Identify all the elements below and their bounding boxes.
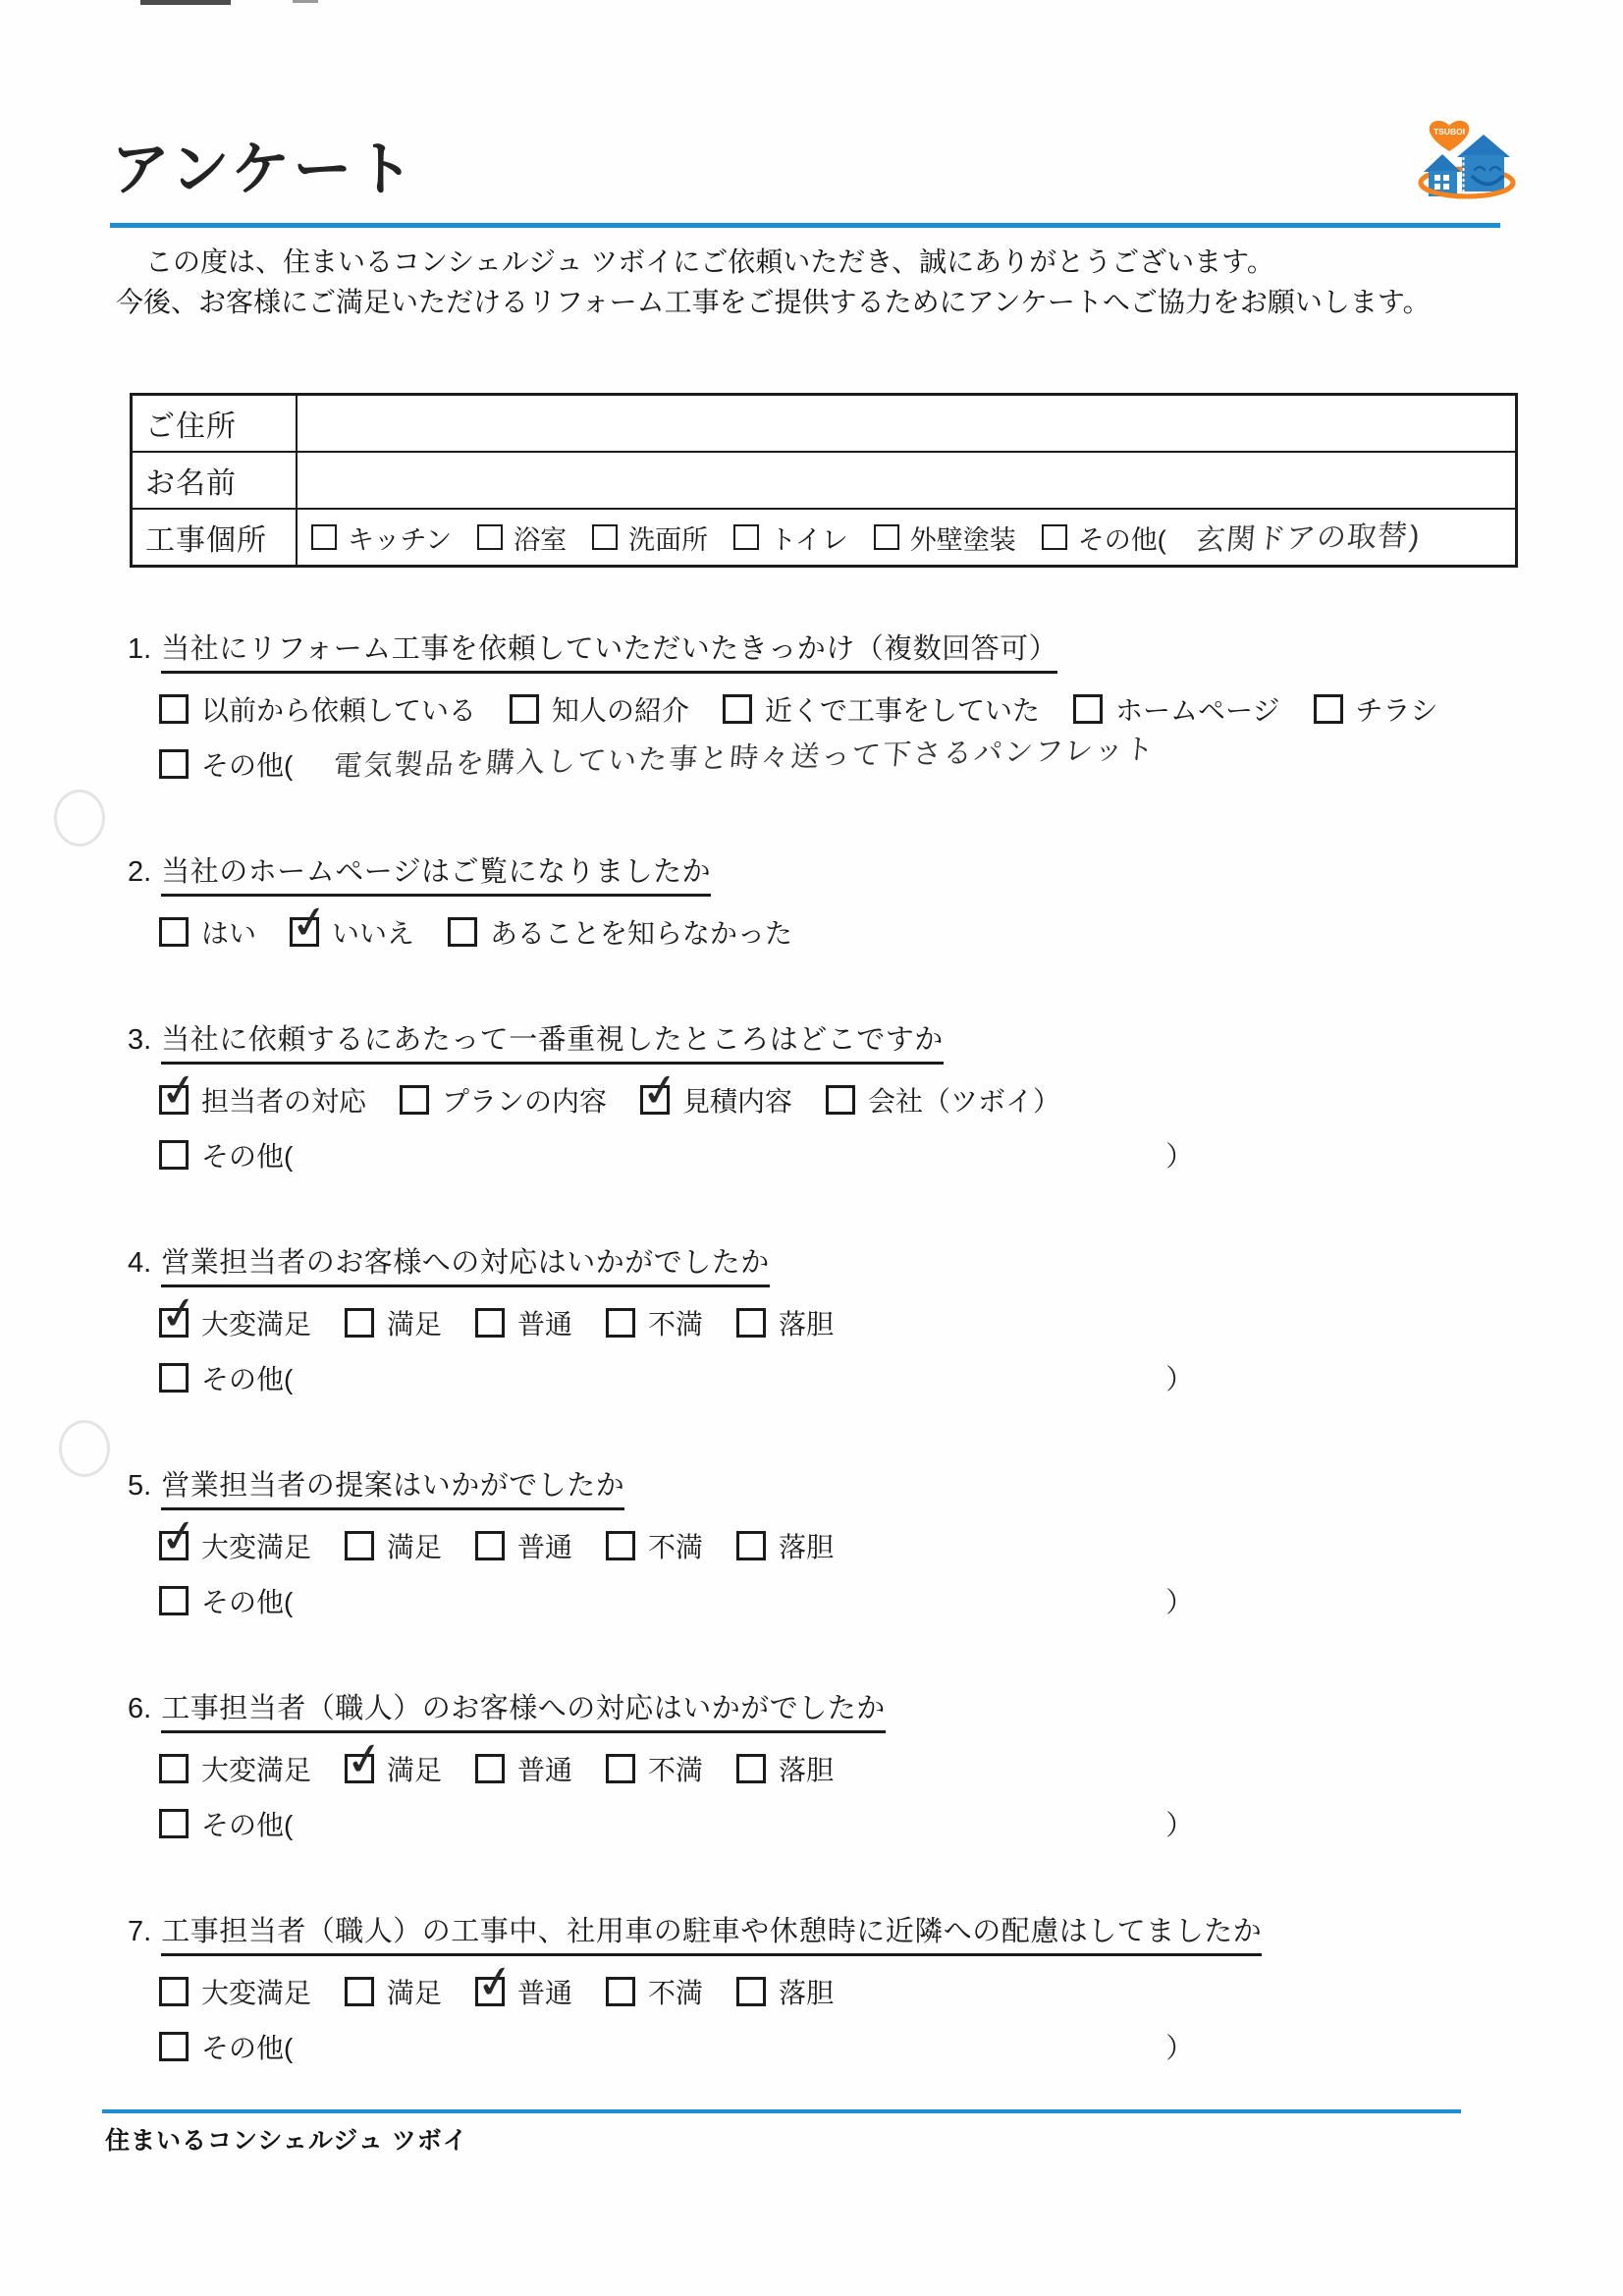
close-paren: ）: [1165, 1804, 1193, 1843]
options-row: ✓担当者の対応プランの内容✓見積内容会社（ツボイ）: [128, 1080, 1571, 1120]
other-option-checkbox[interactable]: [159, 2032, 189, 2061]
work-option: その他(: [1042, 519, 1166, 557]
work-option-checkbox[interactable]: [311, 524, 337, 550]
question-text: 当社のホームページはご覧になりましたか: [161, 852, 711, 897]
option-checkbox[interactable]: ✓: [159, 1308, 189, 1338]
question-number: 1.: [128, 629, 151, 669]
option-label: 不満: [648, 1972, 703, 2011]
scan-artifact: [140, 0, 231, 5]
option-checkbox[interactable]: [345, 1977, 374, 2006]
option-label: 知人の紹介: [552, 689, 689, 729]
work-option: 外壁塗装: [874, 519, 1016, 557]
option-checkbox[interactable]: [475, 1754, 505, 1783]
close-paren: ）: [1165, 1358, 1193, 1397]
work-option: 洗面所: [592, 519, 708, 557]
check-mark: ✓: [157, 1288, 201, 1339]
option: 普通: [475, 1526, 572, 1565]
option: 落胆: [736, 1303, 834, 1342]
question-4: 4.営業担当者のお客様への対応はいかがでしたか✓大変満足満足普通不満落胆その他(…: [128, 1243, 1571, 1397]
option-label: 大変満足: [201, 1749, 311, 1788]
work-option-checkbox[interactable]: [592, 524, 618, 550]
other-row: その他(）: [128, 1358, 1571, 1397]
option-label: 落胆: [779, 1749, 834, 1788]
option: 満足: [345, 1526, 442, 1565]
work-option-label: その他(: [1078, 519, 1166, 557]
question-text: 営業担当者のお客様への対応はいかがでしたか: [161, 1243, 770, 1287]
other-option-label: その他(: [201, 1804, 293, 1843]
option-checkbox[interactable]: [159, 1754, 189, 1783]
option: 落胆: [736, 1749, 834, 1788]
option-checkbox[interactable]: [345, 1308, 374, 1338]
option-label: プランの内容: [442, 1080, 607, 1120]
question-number: 4.: [128, 1243, 151, 1283]
option: 不満: [606, 1303, 703, 1342]
option: 会社（ツボイ）: [826, 1080, 1060, 1120]
option-checkbox[interactable]: [736, 1308, 766, 1338]
option-checkbox[interactable]: [723, 694, 752, 724]
option: プランの内容: [400, 1080, 607, 1120]
option-checkbox[interactable]: [606, 1531, 635, 1560]
close-paren: ）: [1165, 2027, 1193, 2066]
logo-text: TSUBOI: [1434, 127, 1465, 137]
other-option: その他(: [159, 1135, 293, 1175]
other-option: その他(: [159, 744, 293, 784]
option-label: チラシ: [1356, 689, 1438, 729]
other-row: その他(電気製品を購入していた事と時々送って下さるパンフレット: [128, 744, 1571, 784]
other-option: その他(: [159, 1581, 293, 1620]
options-row: ✓大変満足満足普通不満落胆: [128, 1303, 1571, 1342]
option: 普通: [475, 1303, 572, 1342]
option: 落胆: [736, 1526, 834, 1565]
option-checkbox[interactable]: [826, 1085, 855, 1115]
work-option: 浴室: [477, 519, 567, 557]
work-option: キッチン: [311, 519, 452, 557]
option: 大変満足: [159, 1749, 311, 1788]
option: チラシ: [1314, 689, 1438, 729]
option: ✓大変満足: [159, 1303, 311, 1342]
other-option: その他(: [159, 1804, 293, 1843]
other-option-checkbox[interactable]: [159, 1363, 189, 1393]
question-text: 工事担当者（職人）の工事中、社用車の駐車や休憩時に近隣への配慮はしてましたか: [161, 1912, 1262, 1956]
option: 満足: [345, 1972, 442, 2011]
option: はい: [159, 912, 256, 952]
work-option-checkbox[interactable]: [477, 524, 503, 550]
work-option-checkbox[interactable]: [1042, 524, 1067, 550]
option-checkbox[interactable]: [510, 694, 539, 724]
option: 落胆: [736, 1972, 834, 2011]
intro-line-2: 今後、お客様にご満足いただけるリフォーム工事をご提供するためにアンケートへご協力…: [116, 282, 1569, 322]
other-option: その他(: [159, 2027, 293, 2066]
option: 普通: [475, 1749, 572, 1788]
check-mark: ✓: [638, 1066, 682, 1116]
option-checkbox[interactable]: [606, 1754, 635, 1783]
other-option-checkbox[interactable]: [159, 1140, 189, 1170]
option-label: 以前から依頼している: [201, 689, 476, 729]
name-label: お名前: [133, 453, 298, 508]
question-2: 2.当社のホームページはご覧になりましたかはい✓いいえあることを知らなかった: [128, 852, 1571, 952]
intro-line-1: この度は、住まいるコンシェルジュ ツボイにご依頼いただき、誠にありがとうございま…: [116, 242, 1569, 282]
name-row: お名前: [133, 451, 1515, 508]
question-5: 5.営業担当者の提案はいかがでしたか✓大変満足満足普通不満落胆その他(）: [128, 1466, 1571, 1620]
question-heading: 6.工事担当者（職人）のお客様への対応はいかがでしたか: [128, 1689, 1571, 1733]
handwritten-work-answer: 玄関ドアの取替: [1194, 511, 1410, 559]
work-option-label: キッチン: [348, 519, 452, 557]
customer-info-table: ご住所 お名前 工事個所 キッチン浴室洗面所トイレ外壁塗装その他( 玄関ドアの取…: [130, 393, 1518, 568]
other-option-label: その他(: [201, 1581, 293, 1620]
other-option-checkbox[interactable]: [159, 1809, 189, 1838]
tsuboi-home-logo-icon: TSUBOI: [1417, 116, 1517, 206]
question-heading: 5.営業担当者の提案はいかがでしたか: [128, 1466, 1571, 1510]
question-text: 営業担当者の提案はいかがでしたか: [161, 1466, 624, 1510]
work-option-label: 浴室: [514, 519, 567, 557]
question-heading: 4.営業担当者のお客様への対応はいかがでしたか: [128, 1243, 1571, 1287]
punch-hole-mark: [54, 790, 105, 847]
option-label: 普通: [517, 1972, 572, 2011]
work-option-checkbox[interactable]: [874, 524, 899, 550]
option-label: 不満: [648, 1526, 703, 1565]
address-row: ご住所: [133, 396, 1515, 451]
intro-paragraph: この度は、住まいるコンシェルジュ ツボイにご依頼いただき、誠にありがとうございま…: [116, 242, 1569, 322]
other-row: その他(）: [128, 1581, 1571, 1620]
handwritten-close-paren: ): [1408, 520, 1422, 554]
option: 不満: [606, 1972, 703, 2011]
question-heading: 3.当社に依頼するにあたって一番重視したところはどこですか: [128, 1020, 1571, 1065]
other-row: その他(）: [128, 1804, 1571, 1843]
other-row: その他(）: [128, 2027, 1571, 2066]
question-3: 3.当社に依頼するにあたって一番重視したところはどこですか✓担当者の対応プランの…: [128, 1020, 1571, 1175]
option-checkbox[interactable]: [606, 1308, 635, 1338]
question-text: 当社に依頼するにあたって一番重視したところはどこですか: [161, 1020, 944, 1065]
option-label: 普通: [517, 1526, 572, 1565]
option-checkbox[interactable]: [606, 1977, 635, 2006]
check-mark: ✓: [157, 1511, 201, 1561]
option-label: 見積内容: [682, 1080, 792, 1120]
option: 満足: [345, 1303, 442, 1342]
option: 不満: [606, 1526, 703, 1565]
option-label: 満足: [387, 1526, 442, 1565]
question-number: 5.: [128, 1466, 151, 1505]
work-option-label: 外壁塗装: [910, 519, 1016, 557]
question-1: 1.当社にリフォーム工事を依頼していただいたきっかけ（複数回答可）以前から依頼し…: [128, 629, 1571, 784]
option: ✓担当者の対応: [159, 1080, 366, 1120]
footer-company-name: 住まいるコンシェルジュ ツボイ: [105, 2121, 468, 2157]
option-checkbox[interactable]: [159, 1977, 189, 2006]
other-option-label: その他(: [201, 1135, 293, 1175]
option-checkbox[interactable]: [159, 917, 189, 947]
option-label: 大変満足: [201, 1972, 311, 2011]
work-option-checkbox[interactable]: [733, 524, 759, 550]
option: ✓大変満足: [159, 1526, 311, 1565]
footer-rule: [102, 2109, 1461, 2113]
option-checkbox[interactable]: [736, 1754, 766, 1783]
option: 不満: [606, 1749, 703, 1788]
handwritten-answer: 電気製品を購入していた事と時々送って下さるパンフレット: [332, 727, 1158, 784]
option-label: 担当者の対応: [201, 1080, 366, 1120]
address-label: ご住所: [133, 396, 298, 451]
option: ✓見積内容: [640, 1080, 792, 1120]
other-option: その他(: [159, 1358, 293, 1397]
option-label: はい: [201, 912, 256, 952]
option-label: 不満: [648, 1749, 703, 1788]
work-location-options: キッチン浴室洗面所トイレ外壁塗装その他( 玄関ドアの取替 ): [298, 510, 1515, 565]
work-location-row: 工事個所 キッチン浴室洗面所トイレ外壁塗装その他( 玄関ドアの取替 ): [133, 508, 1515, 565]
question-6: 6.工事担当者（職人）のお客様への対応はいかがでしたか大変満足✓満足普通不満落胆…: [128, 1689, 1571, 1843]
option-label: 満足: [387, 1972, 442, 2011]
option: ホームページ: [1073, 689, 1279, 729]
scan-artifact: [293, 0, 318, 3]
address-input-area[interactable]: [298, 396, 1515, 451]
option-label: 普通: [517, 1303, 572, 1342]
check-mark: ✓: [288, 898, 332, 948]
option: 以前から依頼している: [159, 689, 476, 729]
option-label: 落胆: [779, 1303, 834, 1342]
question-heading: 7.工事担当者（職人）の工事中、社用車の駐車や休憩時に近隣への配慮はしてましたか: [128, 1912, 1571, 1956]
option-checkbox[interactable]: [736, 1977, 766, 2006]
question-list: 1.当社にリフォーム工事を依頼していただいたきっかけ（複数回答可）以前から依頼し…: [128, 629, 1571, 2135]
option-label: 大変満足: [201, 1526, 311, 1565]
work-option: トイレ: [733, 519, 848, 557]
option-checkbox[interactable]: [448, 917, 477, 947]
name-input-area[interactable]: [298, 453, 1515, 508]
question-number: 6.: [128, 1689, 151, 1728]
close-paren: ）: [1165, 1135, 1193, 1175]
option-label: ホームページ: [1115, 689, 1279, 729]
question-7: 7.工事担当者（職人）の工事中、社用車の駐車や休憩時に近隣への配慮はしてましたか…: [128, 1912, 1571, 2066]
option-label: 落胆: [779, 1972, 834, 2011]
option: 大変満足: [159, 1972, 311, 2011]
option-label: 会社（ツボイ）: [868, 1080, 1060, 1120]
question-heading: 1.当社にリフォーム工事を依頼していただいたきっかけ（複数回答可）: [128, 629, 1571, 674]
option-checkbox[interactable]: [475, 1308, 505, 1338]
option-checkbox[interactable]: ✓: [345, 1754, 374, 1783]
option-checkbox[interactable]: ✓: [159, 1531, 189, 1560]
option-checkbox[interactable]: ✓: [475, 1977, 505, 2006]
work-location-label: 工事個所: [133, 510, 298, 565]
options-row: ✓大変満足満足普通不満落胆: [128, 1526, 1571, 1565]
punch-hole-mark: [59, 1420, 110, 1477]
question-text: 工事担当者（職人）のお客様への対応はいかがでしたか: [161, 1689, 886, 1733]
work-option-label: トイレ: [770, 519, 848, 557]
work-option-label: 洗面所: [628, 519, 708, 557]
title-underline: [110, 223, 1500, 228]
option-checkbox[interactable]: [736, 1531, 766, 1560]
other-option-label: その他(: [201, 1358, 293, 1397]
option: ✓いいえ: [290, 912, 414, 952]
option-checkbox[interactable]: ✓: [159, 1085, 189, 1115]
option-label: いいえ: [332, 912, 414, 952]
option-label: 大変満足: [201, 1303, 311, 1342]
question-text: 当社にリフォーム工事を依頼していただいたきっかけ（複数回答可）: [161, 629, 1057, 674]
close-paren: ）: [1165, 1581, 1193, 1620]
other-option-label: その他(: [201, 2027, 293, 2066]
check-mark: ✓: [157, 1066, 201, 1116]
other-option-checkbox[interactable]: [159, 1586, 189, 1615]
page-title: アンケート: [111, 137, 416, 202]
option: 知人の紹介: [510, 689, 689, 729]
check-mark: ✓: [473, 1957, 517, 2007]
option-checkbox[interactable]: [1073, 694, 1103, 724]
option-checkbox[interactable]: [1314, 694, 1343, 724]
option-label: あることを知らなかった: [490, 912, 792, 952]
option-checkbox[interactable]: ✓: [290, 917, 319, 947]
option-label: 不満: [648, 1303, 703, 1342]
options-row: 大変満足✓満足普通不満落胆: [128, 1749, 1571, 1788]
options-row: 大変満足満足✓普通不満落胆: [128, 1972, 1571, 2011]
option: ✓普通: [475, 1972, 572, 2011]
option: ✓満足: [345, 1749, 442, 1788]
option-label: 満足: [387, 1303, 442, 1342]
check-mark: ✓: [343, 1734, 387, 1784]
option-label: 落胆: [779, 1526, 834, 1565]
option-checkbox[interactable]: [345, 1531, 374, 1560]
options-row: はい✓いいえあることを知らなかった: [128, 912, 1571, 952]
option-checkbox[interactable]: ✓: [640, 1085, 670, 1115]
questionnaire-scan: アンケート TSUBOI この度は、住まいるコンシェルジュ ツボイにご依頼いただ…: [0, 0, 1623, 2296]
option-label: 普通: [517, 1749, 572, 1788]
option-checkbox[interactable]: [475, 1531, 505, 1560]
question-number: 7.: [128, 1912, 151, 1951]
option: あることを知らなかった: [448, 912, 792, 952]
question-number: 3.: [128, 1020, 151, 1060]
option-checkbox[interactable]: [159, 694, 189, 724]
option-checkbox[interactable]: [400, 1085, 429, 1115]
question-heading: 2.当社のホームページはご覧になりましたか: [128, 852, 1571, 897]
option-label: 近くで工事をしていた: [765, 689, 1040, 729]
question-number: 2.: [128, 852, 151, 892]
other-row: その他(）: [128, 1135, 1571, 1175]
options-row: 以前から依頼している知人の紹介近くで工事をしていたホームページチラシ: [128, 689, 1571, 729]
option-label: 満足: [387, 1749, 442, 1788]
other-option-label: その他(: [201, 744, 293, 784]
other-option-checkbox[interactable]: [159, 749, 189, 779]
option: 近くで工事をしていた: [723, 689, 1040, 729]
